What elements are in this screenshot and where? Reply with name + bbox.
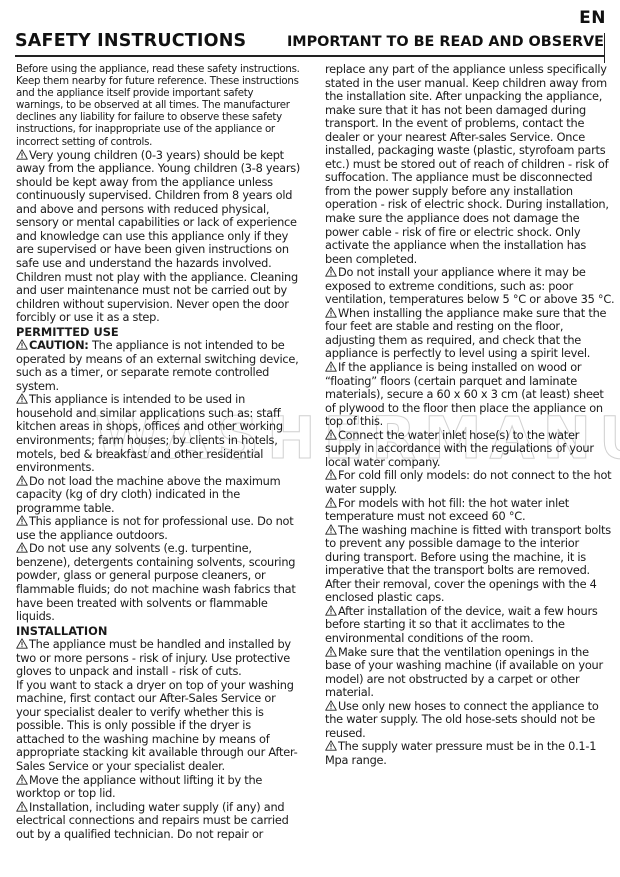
page-title: SAFETY INSTRUCTIONS <box>15 31 246 51</box>
warning-triangle-icon <box>325 469 337 480</box>
warning-triangle-icon <box>325 429 337 440</box>
warning-text: For models with hot fill: the hot water … <box>325 496 569 524</box>
warning-text: Do not install your appliance where it m… <box>325 265 614 306</box>
warning-item: This appliance is intended to be used in… <box>16 393 301 474</box>
warning-text: Use only new hoses to connect the applia… <box>325 699 599 740</box>
warning-text: Do not use any solvents (e.g. turpentine… <box>16 541 296 623</box>
right-column: replace any part of the appliance unless… <box>325 63 615 767</box>
left-column: Before using the appliance, read these s… <box>16 64 301 841</box>
continuation-paragraph: replace any part of the appliance unless… <box>325 63 615 266</box>
warning-item: Do not install your appliance where it m… <box>325 266 615 307</box>
intro-paragraph: Before using the appliance, read these s… <box>16 64 301 149</box>
warning-text: When installing the appliance make sure … <box>325 306 606 361</box>
warning-item: If the appliance is being installed on w… <box>325 361 615 429</box>
warning-text: If the appliance is being installed on w… <box>325 360 604 428</box>
warning-triangle-icon <box>325 497 337 508</box>
warning-triangle-icon <box>325 700 337 711</box>
warning-triangle-icon <box>325 524 337 535</box>
section-heading-installation: INSTALLATION <box>16 625 301 638</box>
header-divider <box>15 55 604 57</box>
warning-item: The washing machine is fitted with trans… <box>325 524 615 605</box>
warning-triangle-icon <box>325 740 337 751</box>
warning-triangle-icon <box>16 149 28 160</box>
warning-triangle-icon <box>16 542 28 553</box>
warning-text: Make sure that the ventilation openings … <box>325 645 603 700</box>
warning-triangle-icon <box>325 307 337 318</box>
warning-text: The supply water pressure must be in the… <box>325 739 596 767</box>
warning-triangle-icon <box>325 646 337 657</box>
warning-triangle-icon <box>16 515 28 526</box>
warning-triangle-icon <box>16 774 28 785</box>
warning-triangle-icon <box>16 638 28 649</box>
warning-item: Do not use any solvents (e.g. turpentine… <box>16 542 301 623</box>
warning-text: The appliance must be handled and instal… <box>16 637 291 678</box>
warning-text: Connect the water inlet hose(s) to the w… <box>325 428 594 469</box>
section-heading-permitted-use: PERMITTED USE <box>16 326 301 339</box>
caution-item: CAUTION: The appliance is not intended t… <box>16 339 301 393</box>
warning-item: This appliance is not for professional u… <box>16 515 301 542</box>
caution-label: CAUTION: <box>29 338 89 352</box>
warning-triangle-icon <box>16 475 28 486</box>
warning-item: For models with hot fill: the hot water … <box>325 497 615 524</box>
warning-triangle-icon <box>16 801 28 812</box>
warning-text: This appliance is intended to be used in… <box>16 392 283 474</box>
warning-triangle-icon <box>16 339 28 350</box>
warning-text: Installation, including water supply (if… <box>16 800 289 841</box>
header-vertical-bar <box>604 33 605 63</box>
warning-triangle-icon <box>325 605 337 616</box>
warning-text: Move the appliance without lifting it by… <box>16 773 262 801</box>
warning-text: For cold fill only models: do not connec… <box>325 468 611 496</box>
warning-item: The appliance must be handled and instal… <box>16 638 301 679</box>
language-code: EN <box>579 8 606 28</box>
warning-text: The washing machine is fitted with trans… <box>325 523 611 605</box>
warning-item: Connect the water inlet hose(s) to the w… <box>325 429 615 470</box>
warning-triangle-icon <box>325 361 337 372</box>
warning-text: Very young children (0-3 years) should b… <box>16 148 300 325</box>
warning-item: When installing the appliance make sure … <box>325 307 615 361</box>
warning-item: The supply water pressure must be in the… <box>325 740 615 767</box>
warning-item: For cold fill only models: do not connec… <box>325 469 615 496</box>
warning-item: Move the appliance without lifting it by… <box>16 774 301 801</box>
warning-triangle-icon <box>16 393 28 404</box>
warning-text: Do not load the machine above the maximu… <box>16 474 280 515</box>
warning-item: Make sure that the ventilation openings … <box>325 646 615 700</box>
warning-item: Do not load the machine above the maximu… <box>16 475 301 516</box>
warning-item: Installation, including water supply (if… <box>16 801 301 842</box>
warning-triangle-icon <box>325 266 337 277</box>
warning-text: After installation of the device, wait a… <box>325 604 598 645</box>
warning-item: After installation of the device, wait a… <box>325 605 615 646</box>
warning-item: Use only new hoses to connect the applia… <box>325 700 615 741</box>
page-subtitle: IMPORTANT TO BE READ AND OBSERVE <box>287 34 604 50</box>
warning-text: This appliance is not for professional u… <box>16 514 293 542</box>
stacking-paragraph: If you want to stack a dryer on top of y… <box>16 679 301 774</box>
children-warning: Very young children (0-3 years) should b… <box>16 149 301 325</box>
